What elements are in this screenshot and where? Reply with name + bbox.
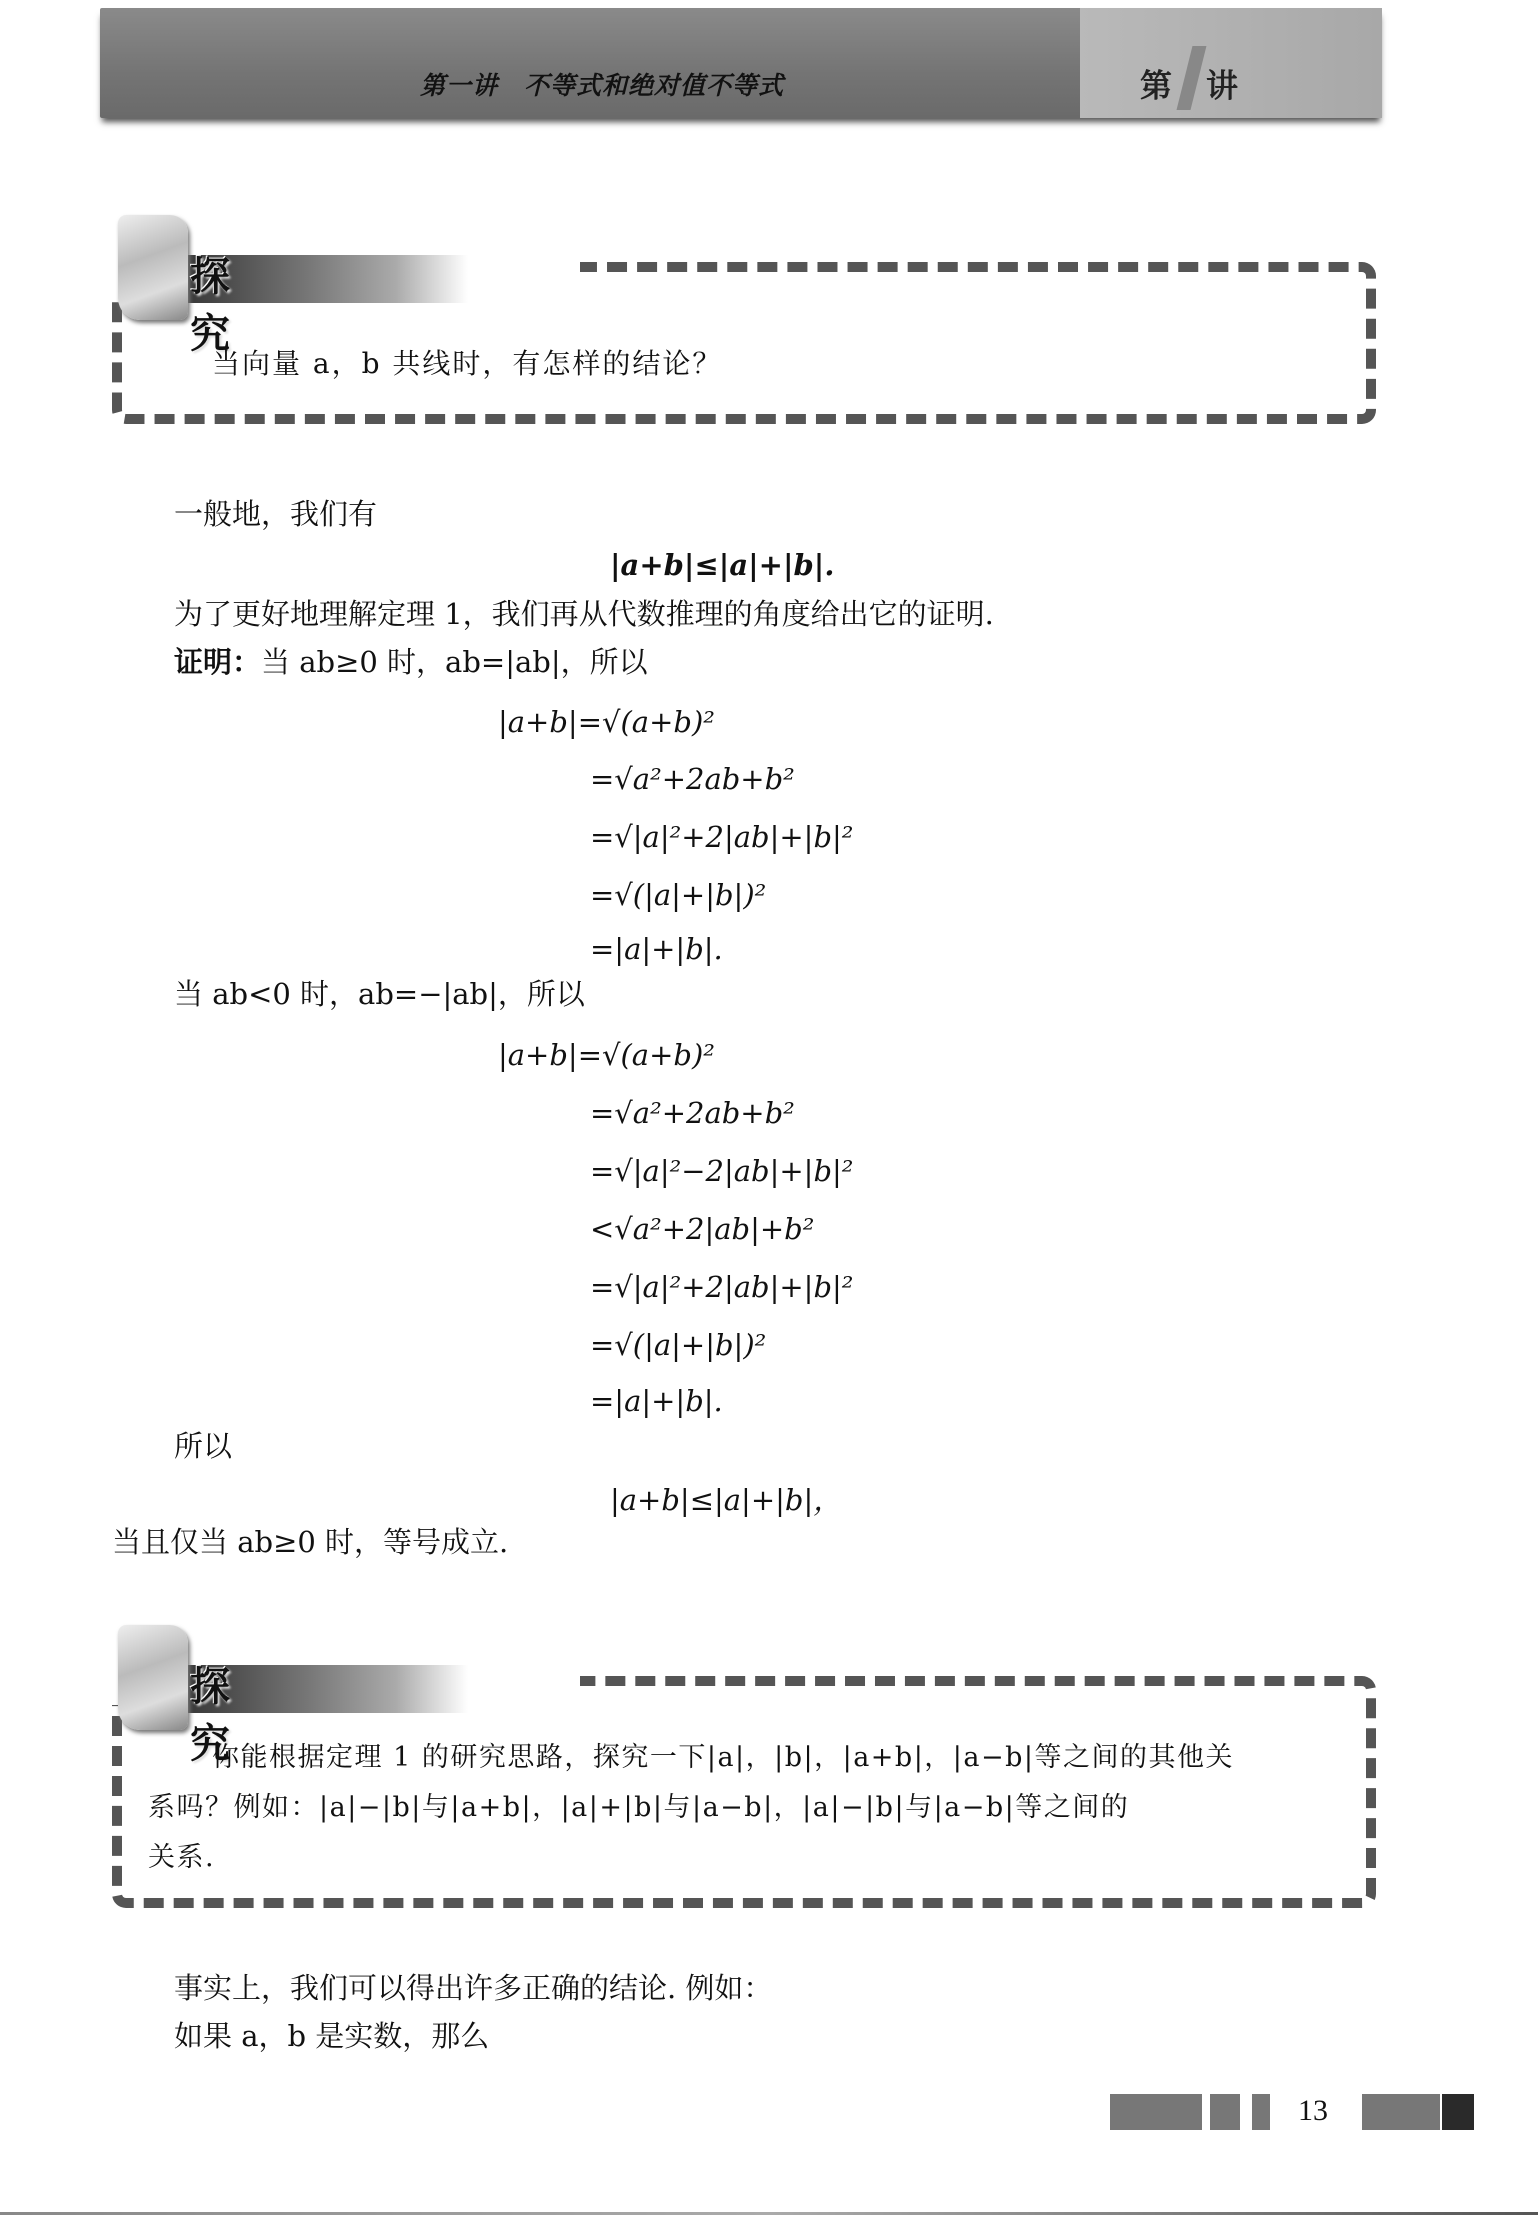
case1-step-1: |a+b|=√(a+b)² xyxy=(498,705,715,739)
lecture-mark: 第讲 xyxy=(1140,56,1238,120)
purpose-text: 为了更好地理解定理 1，我们再从代数推理的角度给出它的证明. xyxy=(174,600,994,629)
lecture-mark-suffix: 讲 xyxy=(1206,67,1238,105)
case1-step-4: =√(|a|+|b|)² xyxy=(590,878,766,912)
page-marker-block-5 xyxy=(1442,2094,1474,2130)
intro-text: 一般地，我们有 xyxy=(174,500,377,529)
page-number: 13 xyxy=(1298,2094,1328,2128)
case2-text: 当 ab<0 时，ab=−|ab|，所以 xyxy=(174,980,585,1009)
case2-step-6: =√(|a|+|b|)² xyxy=(590,1328,766,1362)
section2-line-2: 如果 a，b 是实数，那么 xyxy=(174,2022,489,2051)
conclusion-inequality: |a+b|≤|a|+|b|， xyxy=(610,1478,842,1519)
equality-condition: 当且仅当 ab≥0 时，等号成立. xyxy=(112,1528,508,1557)
explore-badge-2: 探究 xyxy=(118,1625,288,1735)
explore-badge-label: 探究 xyxy=(190,245,288,359)
scroll-icon xyxy=(118,1625,188,1730)
explore2-line-2: 系吗？例如：|a|−|b|与|a+b|，|a|+|b|与|a−b|，|a|−|b… xyxy=(148,1794,1129,1821)
lecture-mark-prefix: 第 xyxy=(1140,67,1172,105)
explore2-line-3: 关系. xyxy=(148,1844,215,1871)
triangle-inequality: |a+b|≤|a|+|b|. xyxy=(610,548,834,582)
page-marker-block-4 xyxy=(1362,2094,1440,2130)
case2-step-7: =|a|+|b|. xyxy=(590,1384,723,1418)
case1-text: 当 ab≥0 时，ab=|ab|，所以 xyxy=(261,645,648,679)
proof-case1: 证明：当 ab≥0 时，ab=|ab|，所以 xyxy=(174,648,648,677)
case2-step-3: =√|a|²−2|ab|+|b|² xyxy=(590,1154,853,1188)
section2-line-1: 事实上，我们可以得出许多正确的结论. 例如： xyxy=(174,1974,772,2003)
case1-step-5: =|a|+|b|. xyxy=(590,932,723,966)
explore-question: 当向量 a，b 共线时，有怎样的结论？ xyxy=(212,350,722,378)
explore-badge-1: 探究 xyxy=(118,215,288,325)
lecture-mark-panel: 第讲 xyxy=(1080,8,1382,118)
therefore-text: 所以 xyxy=(174,1432,232,1461)
page-bottom-rule xyxy=(0,2212,1538,2215)
case2-step-4: <√a²+2|ab|+b² xyxy=(590,1212,814,1246)
proof-label: 证明： xyxy=(174,645,261,679)
chapter-header-banner: 第一讲 不等式和绝对值不等式 第讲 xyxy=(100,8,1382,118)
explore2-line-1: 你能根据定理 1 的研究思路，探究一下|a|，|b|，|a+b|，|a−b|等之… xyxy=(212,1744,1234,1771)
chapter-title: 第一讲 不等式和绝对值不等式 xyxy=(420,66,784,102)
case2-step-1: |a+b|=√(a+b)² xyxy=(498,1038,715,1072)
scroll-icon xyxy=(118,215,188,320)
page-marker-block-2 xyxy=(1210,2094,1240,2130)
page-marker-block-1 xyxy=(1110,2094,1202,2130)
case1-step-3: =√|a|²+2|ab|+|b|² xyxy=(590,820,853,854)
case2-step-2: =√a²+2ab+b² xyxy=(590,1096,795,1130)
page-marker-block-3 xyxy=(1252,2094,1270,2130)
numeral-one-icon xyxy=(1177,46,1207,110)
case1-step-2: =√a²+2ab+b² xyxy=(590,762,795,796)
case2-step-5: =√|a|²+2|ab|+|b|² xyxy=(590,1270,853,1304)
